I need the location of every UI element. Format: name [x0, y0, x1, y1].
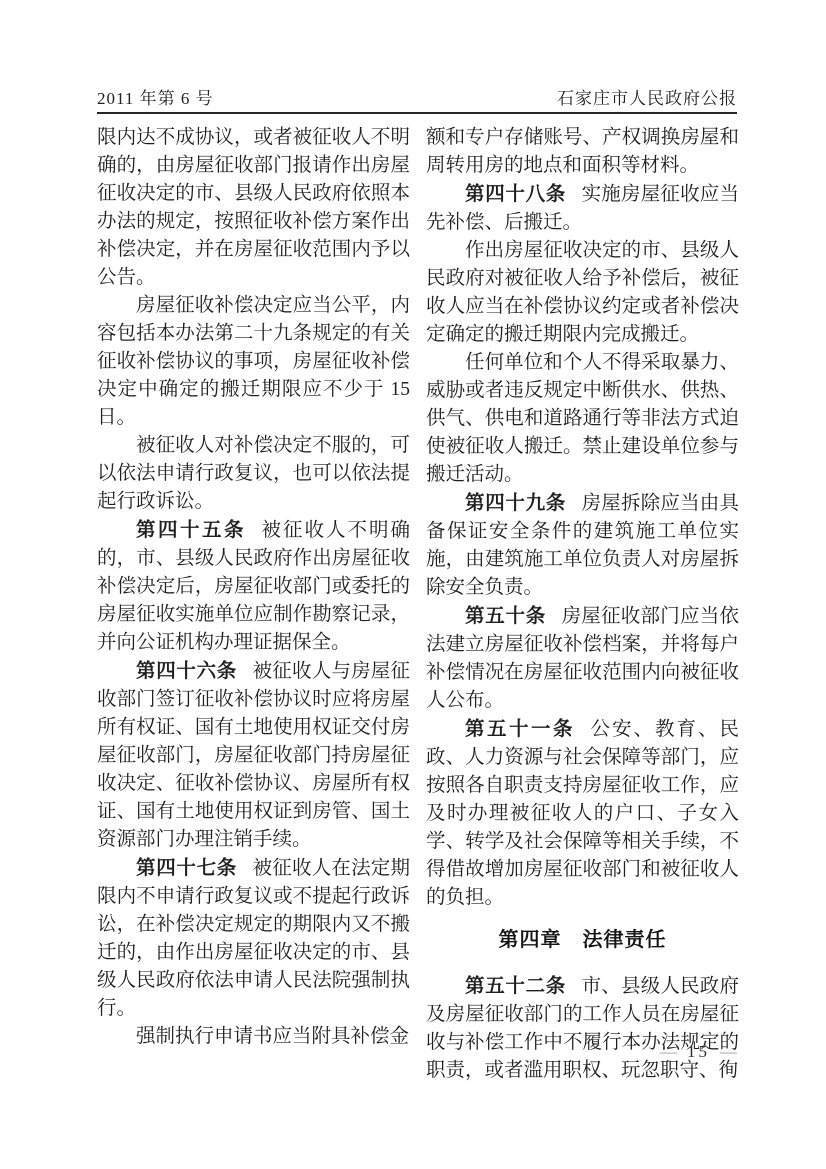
- article-number: 第四十七条: [136, 857, 237, 879]
- right-column: 额和专户存储账号、产权调换房屋和周转用房的地点和面积等材料。第四十八条实施房屋征…: [426, 124, 739, 1085]
- paragraph: 第四十七条被征收人在法定期限内不申请行政复议或不提起行政诉讼，在补偿决定规定的期…: [97, 854, 410, 1023]
- paragraph: 限内达不成协议，或者被征收人不明确的，由房屋征收部门报请作出房屋征收决定的市、县…: [97, 124, 410, 292]
- chapter-heading: 第四章 法律责任: [426, 926, 739, 954]
- header-rule: [97, 112, 737, 114]
- paragraph: 强制执行申请书应当附具补偿金: [97, 1023, 410, 1051]
- page-footer: — 15 —: [620, 1042, 737, 1062]
- paragraph-text: 被征收人对补偿决定不服的，可以依法申请行政复议，也可以依法提起行政诉讼。: [97, 435, 410, 512]
- article-number: 第五十条: [465, 605, 546, 627]
- paragraph: 第五十一条公安、教育、民政、人力资源与社会保障等部门，应按照各自职责支持房屋征收…: [426, 715, 739, 912]
- paragraph: 第五十二条市、县级人民政府及房屋征收部门的工作人员在房屋征收与补偿工作中不履行本…: [426, 972, 739, 1085]
- two-column-body: 限内达不成协议，或者被征收人不明确的，由房屋征收部门报请作出房屋征收决定的市、县…: [97, 124, 739, 1085]
- paragraph-text: 房屋征收补偿决定应当公平，内容包括本办法第二十九条规定的有关征收补偿协议的事项，…: [97, 295, 410, 428]
- paragraph: 第五十条房屋征收部门应当依法建立房屋征收补偿档案，并将每户补偿情况在房屋征收范围…: [426, 602, 739, 715]
- paragraph-text: 任何单位和个人不得采取暴力、威胁或者违反规定中断供水、供热、供气、供电和道路通行…: [426, 352, 739, 485]
- article-number: 第四十九条: [465, 492, 566, 514]
- footer-dash-right: —: [720, 1042, 737, 1062]
- article-number: 第五十二条: [465, 975, 566, 997]
- paragraph-text: 作出房屋征收决定的市、县级人民政府对被征收人给予补偿后，被征收人应当在补偿协议约…: [426, 240, 739, 345]
- paragraph: 第四十九条房屋拆除应当由具备保证安全条件的建筑施工单位实施，由建筑施工单位负责人…: [426, 489, 739, 602]
- paragraph-text: 被征收人在法定期限内不申请行政复议或不提起行政诉讼，在补偿决定规定的期限内又不搬…: [97, 858, 410, 1019]
- gazette-title: 石家庄市人民政府公报: [557, 84, 737, 109]
- paragraph: 第四十五条被征收人不明确的，市、县级人民政府作出房屋征收补偿决定后，房屋征收部门…: [97, 516, 410, 657]
- article-number: 第四十八条: [465, 183, 566, 205]
- paragraph-text: 公安、教育、民政、人力资源与社会保障等部门，应按照各自职责支持房屋征收工作，应及…: [426, 719, 739, 908]
- running-head: 2011 年第 6 号 石家庄市人民政府公报: [97, 84, 737, 109]
- page-number: 15: [687, 1042, 710, 1062]
- left-column: 限内达不成协议，或者被征收人不明确的，由房屋征收部门报请作出房屋征收决定的市、县…: [97, 124, 410, 1085]
- gazette-page: 2011 年第 6 号 石家庄市人民政府公报 限内达不成协议，或者被征收人不明确…: [0, 0, 826, 1169]
- paragraph: 房屋征收补偿决定应当公平，内容包括本办法第二十九条规定的有关征收补偿协议的事项，…: [97, 292, 410, 432]
- paragraph: 被征收人对补偿决定不服的，可以依法申请行政复议，也可以依法提起行政诉讼。: [97, 432, 410, 516]
- paragraph: 作出房屋征收决定的市、县级人民政府对被征收人给予补偿后，被征收人应当在补偿协议约…: [426, 237, 739, 349]
- paragraph: 任何单位和个人不得采取暴力、威胁或者违反规定中断供水、供热、供气、供电和道路通行…: [426, 349, 739, 489]
- paragraph: 额和专户存储账号、产权调换房屋和周转用房的地点和面积等材料。: [426, 124, 739, 180]
- footer-dash-left: —: [660, 1042, 677, 1062]
- paragraph-text: 强制执行申请书应当附具补偿金: [136, 1026, 409, 1047]
- paragraph-text: 被征收人与房屋征收部门签订征收补偿协议时应将房屋所有权证、国有土地使用权证交付房…: [97, 661, 410, 850]
- paragraph-text: 额和专户存储账号、产权调换房屋和周转用房的地点和面积等材料。: [426, 127, 739, 176]
- paragraph: 第四十六条被征收人与房屋征收部门签订征收补偿协议时应将房屋所有权证、国有土地使用…: [97, 657, 410, 854]
- issue-label: 2011 年第 6 号: [97, 84, 214, 109]
- paragraph: 第四十八条实施房屋征收应当先补偿、后搬迁。: [426, 180, 739, 237]
- article-number: 第四十五条: [136, 519, 246, 541]
- article-number: 第四十六条: [136, 660, 237, 682]
- paragraph-text: 限内达不成协议，或者被征收人不明确的，由房屋征收部门报请作出房屋征收决定的市、县…: [97, 127, 410, 288]
- article-number: 第五十一条: [465, 718, 575, 740]
